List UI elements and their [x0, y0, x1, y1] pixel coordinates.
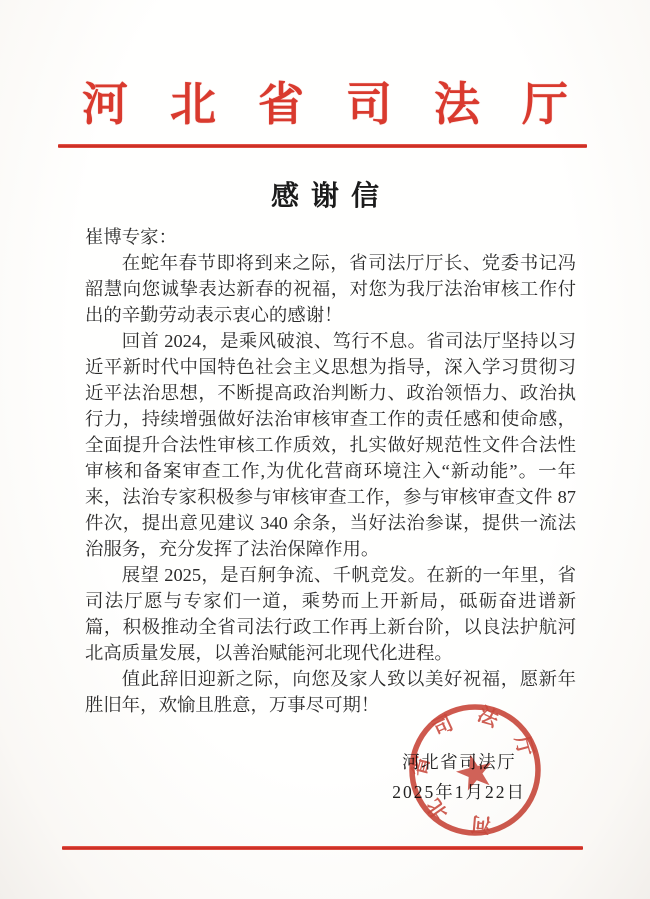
- paragraph-2: 回首 2024，是乘风破浪、笃行不息。省司法厅坚持以习近平新时代中国特色社会主义…: [85, 328, 576, 562]
- footer-rule: [62, 846, 583, 850]
- letterhead-org-name: 河北省司法厅: [0, 80, 650, 131]
- signature-block: 河北省司法厅 2025年1月22日: [392, 750, 526, 804]
- paragraph-1: 在蛇年春节即将到来之际，省司法厅厅长、党委书记冯韶慧向您诚挚表达新春的祝福，对您…: [85, 250, 576, 328]
- letter-page: 河北省司法厅 感谢信 崔博专家： 在蛇年春节即将到来之际，省司法厅厅长、党委书记…: [0, 0, 650, 899]
- letterhead-rule: [58, 144, 587, 148]
- paragraph-4: 值此辞旧迎新之际，向您及家人致以美好祝福，愿新年胜旧年，欢愉且胜意，万事尽可期！: [85, 666, 576, 718]
- paragraph-3: 展望 2025，是百舸争流、千帆竞发。在新的一年里，省司法厅愿与专家们一道，乘势…: [85, 562, 576, 666]
- salutation: 崔博专家：: [85, 224, 576, 250]
- letter-title: 感谢信: [0, 181, 650, 212]
- signature-date: 2025年1月22日: [392, 780, 526, 804]
- signature-org: 河北省司法厅: [392, 750, 526, 774]
- letter-body: 崔博专家： 在蛇年春节即将到来之际，省司法厅厅长、党委书记冯韶慧向您诚挚表达新春…: [85, 224, 576, 718]
